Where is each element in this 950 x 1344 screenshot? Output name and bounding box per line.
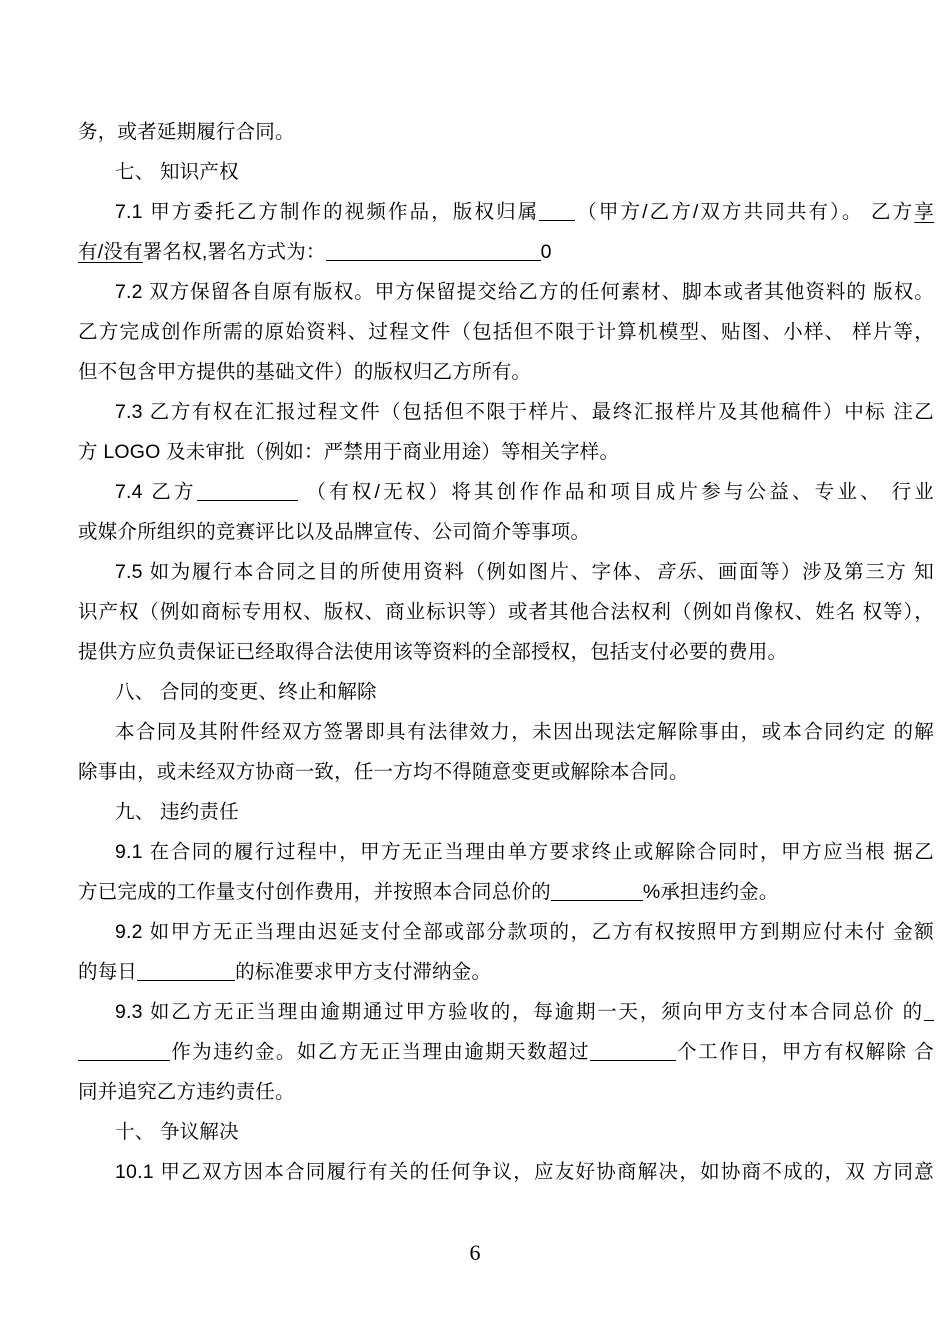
text-run: 七、 知识产权	[115, 161, 239, 183]
fill-in-blank	[197, 486, 298, 501]
doc-line-10: 7.4 乙方 （有权/无权）将其创作作品和项目成片参与公益、专业、 行业	[78, 472, 934, 512]
contract-document-page: 务，或者延期履行合同。七、 知识产权7.1 甲方委托乙方制作的视频作品，版权归属…	[0, 0, 950, 1344]
text-run: 八、 合同的变更、终止和解除	[115, 681, 377, 703]
doc-line-17: 除事由，或未经双方协商一致，任一方均不得随意变更或解除本合同。	[78, 752, 934, 792]
page-number: 6	[0, 1238, 950, 1268]
text-run: （有权/无权）将其创作作品和项目成片参与公益、专业、 行业	[298, 481, 934, 503]
text-run: 个工作日，甲方有权解除 合	[676, 1041, 934, 1063]
text-run: （甲方/乙方/双方共同共有）。 乙方	[575, 201, 914, 223]
text-run: 十、 争议解决	[115, 1121, 239, 1143]
doc-line-23: 9.3 如乙方无正当理由逾期通过甲方验收的，每逾期一天，须向甲方支付本合同总价 …	[78, 992, 934, 1032]
italic-text: 音乐	[655, 561, 697, 583]
doc-line-8: 7.3 乙方有权在汇报过程文件（包括但不限于样片、最终汇报样片及其他稿件）中标 …	[78, 392, 934, 432]
doc-line-26: 十、 争议解决	[78, 1112, 934, 1152]
text-run: 本合同及其附件经双方签署即具有法律效力，未因出现法定解除事由，或本合同约定 的解	[115, 721, 934, 743]
text-run: 同并追究乙方违约责任。	[78, 1081, 295, 1103]
doc-line-25: 同并追究乙方违约责任。	[78, 1072, 934, 1112]
text-run: 或媒介所组织的竞赛评比以及品牌宣传、公司简介等事项。	[78, 521, 590, 543]
text-run: 7.5 如为履行本合同之目的所使用资料（例如图片、字体、	[115, 561, 655, 583]
doc-line-20: 方已完成的工作量支付创作费用，并按照本合同总价的%承担违约金。	[78, 872, 934, 912]
doc-line-19: 9.1 在合同的履行过程中，甲方无正当理由单方要求终止或解除合同时，甲方应当根 …	[78, 832, 934, 872]
text-run: 除事由，或未经双方协商一致，任一方均不得随意变更或解除本合同。	[78, 761, 689, 783]
text-run: 方已完成的工作量支付创作费用，并按照本合同总价的	[78, 881, 551, 903]
doc-line-12: 7.5 如为履行本合同之目的所使用资料（例如图片、字体、音乐、画面等）涉及第三方…	[78, 552, 934, 592]
text-run: 但不包含甲方提供的基础文件）的版权归乙方所有。	[78, 361, 531, 383]
doc-line-6: 乙方完成创作所需的原始资料、过程文件（包括但不限于计算机模型、贴图、小样、 样片…	[78, 312, 934, 352]
fill-in-blank	[590, 1046, 676, 1061]
doc-line-7: 但不包含甲方提供的基础文件）的版权归乙方所有。	[78, 352, 934, 392]
underlined-text: 享	[914, 201, 934, 223]
text-run: 9.1 在合同的履行过程中，甲方无正当理由单方要求终止或解除合同时，甲方应当根 …	[115, 841, 934, 863]
doc-line-13: 识产权（例如商标专用权、版权、商业标识等）或者其他合法权利（例如肖像权、姓名 权…	[78, 592, 934, 632]
text-run: 的标准要求甲方支付滞纳金。	[235, 961, 491, 983]
text-run: 方 LOGO 及未审批（例如：严禁用于商业用途）等相关字样。	[78, 441, 619, 463]
text-run: 务，或者延期履行合同。	[78, 121, 295, 143]
text-run: 7.1 甲方委托乙方制作的视频作品，版权归属	[115, 201, 539, 223]
doc-line-16: 本合同及其附件经双方签署即具有法律效力，未因出现法定解除事由，或本合同约定 的解	[78, 712, 934, 752]
text-run: %承担违约金。	[643, 881, 779, 903]
fill-in-blank	[924, 1006, 934, 1021]
doc-line-2: 七、 知识产权	[78, 152, 934, 192]
doc-line-14: 提供方应负责保证已经取得合法使用该等资料的全部授权，包括支付必要的费用。	[78, 632, 934, 672]
fill-in-blank	[539, 206, 575, 221]
text-run: 7.4 乙方	[115, 481, 197, 503]
doc-line-18: 九、 违约责任	[78, 792, 934, 832]
document-body: 务，或者延期履行合同。七、 知识产权7.1 甲方委托乙方制作的视频作品，版权归属…	[78, 112, 934, 1192]
doc-line-1: 务，或者延期履行合同。	[78, 112, 934, 152]
text-run: 9.3 如乙方无正当理由逾期通过甲方验收的，每逾期一天，须向甲方支付本合同总价 …	[115, 1001, 924, 1023]
text-run: 九、 违约责任	[115, 801, 239, 823]
fill-in-blank	[326, 246, 541, 261]
underlined-text: 有/没有	[78, 241, 143, 263]
fill-in-blank	[137, 966, 235, 981]
fill-in-blank	[78, 1046, 170, 1061]
text-run: 署名权,署名方式为：	[143, 241, 326, 263]
doc-line-15: 八、 合同的变更、终止和解除	[78, 672, 934, 712]
text-run: 作为违约金。如乙方无正当理由逾期天数超过	[170, 1041, 590, 1063]
doc-line-5: 7.2 双方保留各自原有版权。甲方保留提交给乙方的任何素材、脚本或者其他资料的 …	[78, 272, 934, 312]
text-run: 9.2 如甲方无正当理由迟延支付全部或部分款项的，乙方有权按照甲方到期应付未付 …	[115, 921, 934, 943]
text-run: 的每日	[78, 961, 137, 983]
text-run: 提供方应负责保证已经取得合法使用该等资料的全部授权，包括支付必要的费用。	[78, 641, 787, 663]
doc-line-11: 或媒介所组织的竞赛评比以及品牌宣传、公司简介等事项。	[78, 512, 934, 552]
text-run: 7.3 乙方有权在汇报过程文件（包括但不限于样片、最终汇报样片及其他稿件）中标 …	[115, 401, 934, 423]
text-run: 、画面等）涉及第三方 知	[697, 561, 934, 583]
doc-line-4: 有/没有署名权,署名方式为：0	[78, 232, 934, 272]
doc-line-21: 9.2 如甲方无正当理由迟延支付全部或部分款项的，乙方有权按照甲方到期应付未付 …	[78, 912, 934, 952]
fill-in-blank	[551, 886, 643, 901]
doc-line-27: 10.1 甲乙双方因本合同履行有关的任何争议，应友好协商解决，如协商不成的，双 …	[78, 1152, 934, 1192]
doc-line-22: 的每日的标准要求甲方支付滞纳金。	[78, 952, 934, 992]
text-run: 识产权（例如商标专用权、版权、商业标识等）或者其他合法权利（例如肖像权、姓名 权…	[78, 601, 934, 623]
doc-line-3: 7.1 甲方委托乙方制作的视频作品，版权归属（甲方/乙方/双方共同共有）。 乙方…	[78, 192, 934, 232]
text-run: 7.2 双方保留各自原有版权。甲方保留提交给乙方的任何素材、脚本或者其他资料的 …	[115, 281, 934, 303]
text-run: 10.1 甲乙双方因本合同履行有关的任何争议，应友好协商解决，如协商不成的，双 …	[115, 1161, 934, 1183]
text-run: 乙方完成创作所需的原始资料、过程文件（包括但不限于计算机模型、贴图、小样、 样片…	[78, 321, 934, 343]
doc-line-24: 作为违约金。如乙方无正当理由逾期天数超过个工作日，甲方有权解除 合	[78, 1032, 934, 1072]
text-run: 0	[541, 241, 552, 263]
doc-line-9: 方 LOGO 及未审批（例如：严禁用于商业用途）等相关字样。	[78, 432, 934, 472]
